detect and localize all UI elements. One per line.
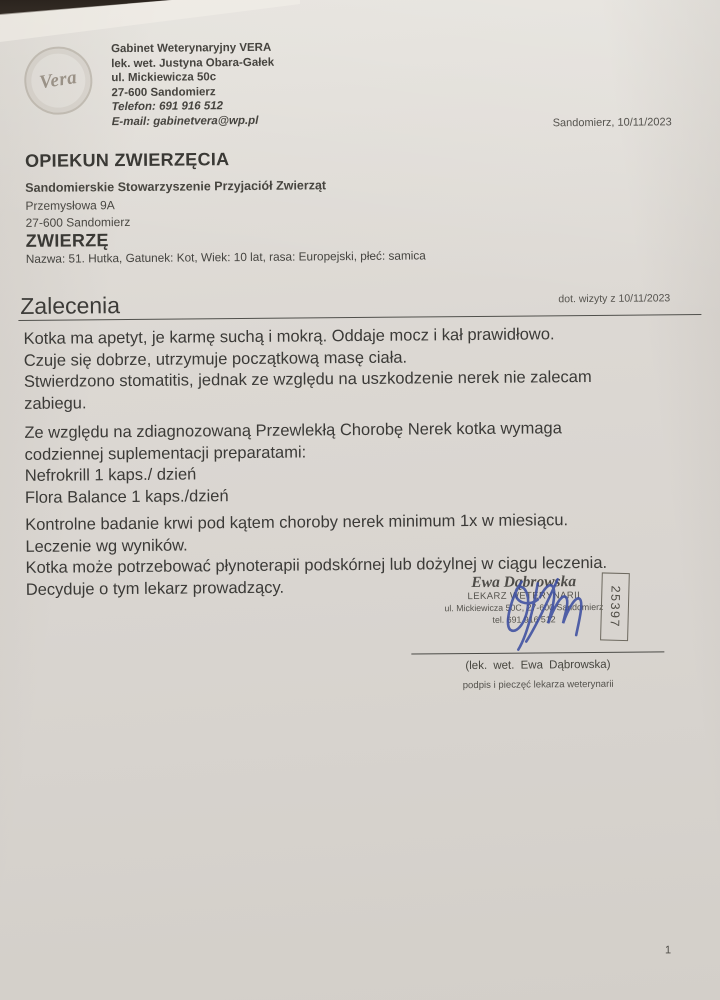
visit-reference: dot. wizyty z 10/11/2023 (558, 292, 670, 305)
recommendations-heading: Zalecenia (20, 292, 120, 320)
clinic-street: ul. Mickiewicza 50c (111, 70, 274, 86)
recommendations-paragraph: Ze względu na zdiagnozowaną Przewlekłą C… (24, 418, 562, 509)
owner-street: Przemysłowa 9A (25, 198, 114, 213)
signature-subcaption: podpis i pieczęć lekarza weterynarii (412, 678, 665, 691)
clinic-vet-name: lek. wet. Justyna Obara-Gałek (111, 55, 274, 71)
scanned-document-photo: Vera Gabinet Weterynaryjny VERA lek. wet… (0, 0, 720, 1000)
page-number: 1 (665, 944, 671, 956)
vera-logo-stamp-icon: Vera (20, 42, 97, 119)
clinic-phone: Telefon: 691 916 512 (112, 99, 275, 115)
recommendations-paragraph: Kotka ma apetyt, je karmę suchą i mokrą.… (23, 324, 591, 415)
license-number-box: 25397 (600, 572, 630, 641)
document-date: Sandomierz, 10/11/2023 (553, 116, 672, 129)
license-number: 25397 (607, 585, 622, 628)
logo-text: Vera (38, 67, 79, 94)
handwritten-signature (488, 571, 609, 656)
owner-section-heading: OPIEKUN ZWIERZĘCIA (25, 149, 230, 172)
clinic-city: 27-600 Sandomierz (111, 85, 274, 101)
clinic-letterhead: Gabinet Weterynaryjny VERA lek. wet. Jus… (111, 41, 275, 130)
signature-caption: (lek. wet. Ewa Dąbrowska) (411, 658, 664, 672)
animal-details: Nazwa: 51. Hutka, Gatunek: Kot, Wiek: 10… (26, 248, 426, 265)
owner-city: 27-600 Sandomierz (26, 215, 131, 230)
owner-name: Sandomierskie Stowarzyszenie Przyjaciół … (25, 178, 326, 195)
document-sheet: Vera Gabinet Weterynaryjny VERA lek. wet… (0, 0, 720, 1000)
heading-divider-rule (18, 314, 701, 321)
paragraph-line: Flora Balance 1 kaps./dzień (25, 483, 563, 509)
clinic-email: E-mail: gabinetvera@wp.pl (112, 114, 275, 130)
animal-section-heading: ZWIERZĘ (26, 230, 109, 252)
clinic-name: Gabinet Weterynaryjny VERA (111, 41, 274, 57)
